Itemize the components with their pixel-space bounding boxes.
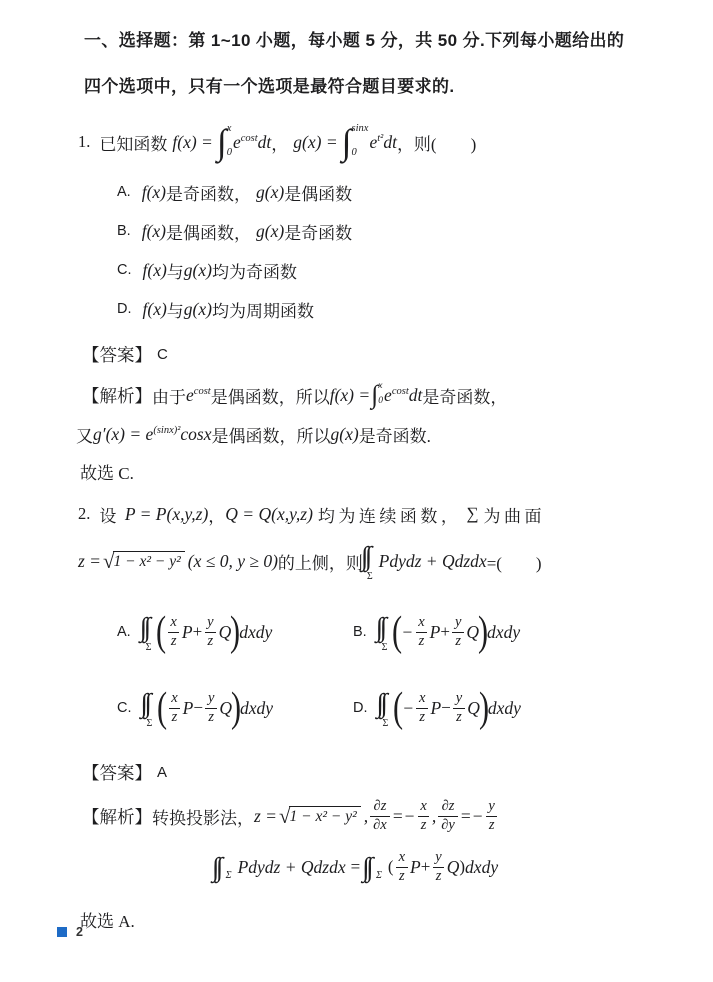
fraction-numerator: x — [416, 691, 428, 708]
question-2-stem-line-2: z = √ 1 − x² − y² (x ≤ 0, y ≥ 0) 的上侧，则 ∫… — [78, 538, 713, 584]
footer-marker-icon — [57, 927, 67, 937]
page-footer: 2 — [57, 925, 83, 939]
option-b-label: B. — [353, 624, 367, 640]
double-integral-icon: ∫∫ — [216, 852, 226, 882]
question-1-answer-value: C — [157, 346, 168, 363]
fraction-y-over-z: yz — [452, 615, 464, 649]
q1-g-integrand: et²dt — [369, 132, 396, 153]
open-paren: ( — [388, 857, 394, 877]
fraction-numerator: y — [205, 691, 217, 708]
q2-stem-text-2: 均为连续函数， — [318, 502, 462, 527]
operator: − — [193, 698, 203, 718]
P-term: P — [430, 622, 441, 643]
differential-dxdy: dxdy — [465, 857, 498, 878]
P-term: P — [183, 698, 194, 719]
exp-base: e — [186, 385, 194, 405]
exam-document-page: 一、选择题：第 1~10 小题，每小题 5 分，共 50 分.下列每小题给出的 … — [0, 0, 713, 982]
double-integral-sigma: ∫∫Σ — [144, 612, 154, 653]
option-d-math-2: g(x) — [184, 299, 212, 320]
fraction-denominator: z — [453, 708, 465, 726]
fraction-y-over-z: yz — [432, 850, 444, 884]
fraction-x-over-z: xz — [415, 615, 427, 649]
fraction-numerator: ∂z — [439, 799, 458, 816]
fraction-numerator: x — [417, 799, 429, 816]
fraction-denominator: z — [433, 867, 445, 885]
question-2-answer-value: A — [157, 764, 167, 781]
sigma-under-integral: Σ — [382, 719, 388, 729]
question-1-analysis-line-1: 【解析】 由于 ecost 是偶函数，所以 f(x) = ∫ x 0 ecost… — [82, 376, 713, 414]
operator: + — [421, 857, 431, 877]
P-term: P — [430, 698, 441, 719]
option-a-text-2: 是偶函数 — [284, 180, 352, 205]
section-header-line-2: 四个选项中，只有一个选项是最符合题目要求的. — [84, 74, 673, 99]
partial-dz-dy: ∂z∂y — [438, 799, 458, 833]
sigma-under-integral: Σ — [382, 643, 388, 653]
fraction-denominator: ∂y — [438, 816, 458, 834]
fraction-numerator: x — [168, 691, 180, 708]
q1-analysis-exp-term: ecost — [186, 385, 211, 406]
sigma-subscript: Σ — [376, 871, 382, 881]
q1-f-differential: dt — [258, 132, 272, 152]
sign: − — [401, 622, 413, 643]
q2-stem-text-3: 为曲面 — [484, 502, 546, 527]
integral-inline: ∫ x 0 — [371, 380, 383, 410]
sigma-symbol: ∑ — [466, 504, 478, 524]
fraction-x-over-z: xz — [167, 615, 179, 649]
q1-analysis2-text-1: 又 — [76, 422, 93, 447]
integral-inline-upper-limit: x — [378, 382, 383, 392]
section-header-line-1: 一、选择题：第 1~10 小题，每小题 5 分，共 50 分.下列每小题给出的 — [84, 28, 673, 53]
fraction-numerator: y — [432, 850, 444, 867]
equals-minus: =− — [460, 806, 484, 827]
question-2-answer-line: 【答案】 A — [82, 760, 713, 784]
option-b-math-2: g(x) — [256, 221, 284, 242]
integral-f-upper-limit: x — [227, 124, 232, 135]
fraction-denominator: z — [169, 708, 181, 726]
question-1-stem: 1. 已知函数 f(x) = ∫ x 0 ecostdt ， g(x) = ∫ … — [78, 119, 713, 165]
q1-analysis-text-2: 是偶函数，所以 — [211, 383, 330, 408]
fraction-x-over-z: xz — [168, 691, 180, 725]
close-paren: ) — [479, 688, 489, 728]
q1-f-exponent: cost — [241, 133, 258, 144]
equals-minus: =− — [392, 806, 416, 827]
question-1-option-a: A. f(x) 是奇函数， g(x) 是偶函数 — [117, 179, 713, 205]
option-a-math-1: f(x) — [142, 182, 166, 203]
fraction-numerator: y — [204, 615, 216, 632]
fraction-y-over-z: yz — [205, 691, 217, 725]
partial-dz-dx: ∂z∂x — [370, 799, 390, 833]
fraction-denominator: z — [486, 816, 498, 834]
integral-g: ∫ sinx 0 — [342, 121, 369, 163]
question-1-end-text: ，则( ) — [397, 130, 476, 155]
q2-Q-definition: Q = Q(x,y,z) — [225, 504, 313, 525]
double-integral-sigma: ∫∫Σ — [381, 688, 391, 729]
option-c-text-1: 与 — [167, 258, 184, 283]
option-d-label: D. — [117, 301, 132, 317]
differential-dxdy: dxdy — [239, 622, 272, 643]
close-paren: ) — [478, 612, 488, 652]
question-2-options-row-1: A. ∫∫Σ ( xz P + yz Q ) dxdy B. ∫∫Σ ( − x… — [0, 600, 713, 664]
integral-f-lower-limit: 0 — [227, 148, 232, 159]
q2-z-lhs: z = — [78, 551, 101, 572]
operator: + — [440, 622, 450, 642]
integral-inline-limits: x 0 — [378, 381, 383, 409]
analysis-label: 【解析】 — [82, 383, 152, 408]
fraction-numerator: x — [415, 615, 427, 632]
question-2-stem-line-1: 2. 设 P = P(x,y,z) ， Q = Q(x,y,z) 均为连续函数，… — [78, 500, 713, 528]
q1-g-lhs: g(x) = — [293, 132, 337, 153]
P-term: P — [410, 857, 421, 878]
question-1-lead-text: 已知函数 — [99, 130, 167, 155]
double-integral-icon: ∫∫ — [381, 688, 391, 718]
q2-stem-separator: ， — [208, 502, 225, 527]
q1-analysis-text-1: 由于 — [152, 383, 186, 408]
sign: − — [402, 698, 414, 719]
integral-icon: ∫ — [217, 121, 227, 163]
question-2-conclusion: 故选 A. — [80, 906, 713, 932]
open-paren: ( — [156, 612, 166, 652]
fraction-numerator: y — [485, 799, 497, 816]
double-integral-icon: ∫∫ — [366, 852, 376, 882]
q2-stem2-end: =( ) — [487, 549, 542, 574]
q1-analysis2-text-3: 是奇函数. — [359, 422, 431, 447]
open-paren: ( — [393, 688, 403, 728]
integral-f-limits: x 0 — [227, 122, 232, 162]
question-1-option-c: C. f(x) 与 g(x) 均为奇函数 — [117, 257, 713, 283]
question-1-answer-line: 【答案】 C — [82, 342, 713, 366]
option-b-math-1: f(x) — [142, 221, 166, 242]
differential-dxdy: dxdy — [487, 622, 520, 643]
option-c-math-1: f(x) — [143, 260, 167, 281]
question-2-option-d: D. ∫∫Σ ( − xz P − yz Q ) dxdy — [353, 688, 521, 729]
gprime-exponent: (sinx)² — [153, 425, 180, 436]
double-integral-sigma: ∫∫ Σ — [365, 541, 375, 582]
q2-P-definition: P = P(x,y,z) — [125, 504, 208, 525]
q1-f-integrand: ecostdt — [233, 132, 271, 153]
fraction-x-over-z: xz — [417, 799, 429, 833]
option-d-text-1: 与 — [167, 297, 184, 322]
double-integral-icon: ∫∫ — [145, 688, 155, 718]
radicand: 1 − x² − y² — [113, 551, 185, 570]
fraction-numerator: y — [453, 691, 465, 708]
radicand: 1 − x² − y² — [289, 806, 361, 825]
integrand-base: e — [384, 385, 392, 405]
option-a-math-2: g(x) — [256, 182, 284, 203]
exp-sup: cost — [194, 386, 211, 397]
question-1-options: A. f(x) 是奇函数， g(x) 是偶函数 B. f(x) 是偶函数， g(… — [0, 179, 713, 322]
fraction-denominator: z — [396, 867, 408, 885]
answer-label: 【答案】 — [82, 342, 152, 367]
fraction-denominator: z — [416, 632, 428, 650]
integral-g-lower-limit: 0 — [352, 148, 369, 159]
operator: + — [193, 622, 203, 642]
double-integral-icon: ∫∫ — [144, 612, 154, 642]
q1-g-differential: dt — [383, 132, 397, 152]
option-a-label: A. — [117, 624, 131, 640]
integral-icon: ∫ — [342, 121, 352, 163]
question-1-option-d: D. f(x) 与 g(x) 均为周期函数 — [117, 296, 713, 322]
q1-analysis-text-3: 是奇函数， — [422, 383, 507, 408]
double-integral-icon: ∫∫ — [365, 541, 375, 571]
page-number: 2 — [76, 925, 83, 939]
fraction-x-over-z: xz — [396, 850, 408, 884]
separator-comma: , — [432, 806, 436, 827]
fraction-denominator: z — [205, 632, 217, 650]
q1-conclusion-text: 故选 C. — [80, 459, 134, 484]
q2-analysis-z-lhs: z = — [254, 806, 277, 827]
q1-analysis2-gprime: g′(x) = e(sinx)²cosx — [93, 424, 212, 445]
fraction-denominator: z — [452, 632, 464, 650]
comma-separator: ， — [271, 130, 288, 155]
fraction-y-over-z: yz — [485, 799, 497, 833]
option-d-label: D. — [353, 700, 368, 716]
question-1-analysis-line-2: 又 g′(x) = e(sinx)²cosx 是偶函数，所以 g(x) 是奇函数… — [76, 418, 713, 450]
q2-stem-text-1: 设 — [99, 502, 120, 527]
q1-analysis2-gx: g(x) — [331, 424, 359, 445]
integral-g-limits: sinx 0 — [352, 122, 369, 162]
sigma-under-integral: Σ — [146, 719, 152, 729]
option-c-label: C. — [117, 700, 132, 716]
double-integral-sigma: ∫∫Σ — [145, 688, 155, 729]
option-c-math-2: g(x) — [184, 260, 212, 281]
question-2-options-row-2: C. ∫∫Σ ( xz P − yz Q ) dxdy D. ∫∫Σ ( − x… — [0, 676, 713, 740]
integral-g-upper-limit: sinx — [352, 124, 369, 135]
equals-sign: = — [351, 857, 361, 877]
fraction-denominator: z — [418, 816, 430, 834]
question-1-conclusion: 故选 C. — [80, 458, 713, 484]
q2-analysis-text-1: 转换投影法， — [152, 804, 254, 829]
option-a-label: A. — [117, 184, 131, 200]
q1-analysis-f-lhs: f(x) = — [330, 385, 370, 406]
question-1-number: 1. — [78, 132, 90, 152]
question-2-option-c: C. ∫∫Σ ( xz P − yz Q ) dxdy — [117, 688, 353, 729]
cosx-term: cosx — [180, 424, 211, 444]
option-c-label: C. — [117, 262, 132, 278]
fraction-numerator: ∂z — [371, 799, 390, 816]
double-integral-sigma-sub: ∫∫Σ — [366, 852, 385, 882]
differential-dxdy: dxdy — [240, 698, 273, 719]
option-c-text-2: 均为奇函数 — [212, 258, 297, 283]
fraction-denominator: ∂x — [370, 816, 390, 834]
q2-integrand-expression: Pdydz + Qdzdx — [379, 551, 487, 572]
sigma-under-integral: Σ — [367, 572, 373, 582]
answer-label: 【答案】 — [82, 760, 152, 785]
fraction-denominator: z — [416, 708, 428, 726]
open-paren: ( — [392, 612, 402, 652]
differential-dxdy: dxdy — [488, 698, 521, 719]
fraction-numerator: y — [452, 615, 464, 632]
integrand-sup: cost — [392, 386, 409, 397]
q1-f-lhs: f(x) = — [172, 132, 212, 153]
P-term: P — [182, 622, 193, 643]
integral-f: ∫ x 0 — [217, 121, 232, 163]
q1-analysis-integrand: ecostdt — [384, 385, 422, 406]
Q-term: Q — [447, 857, 460, 878]
q2-stem2-text-1: 的上侧，则 — [278, 549, 363, 574]
fraction-y-over-z: yz — [453, 691, 465, 725]
sqrt-expression: √ 1 − x² − y² — [279, 806, 361, 826]
integral-inline-lower-limit: 0 — [378, 397, 383, 407]
equation-lhs: Pdydz + Qdzdx — [238, 857, 346, 878]
sqrt-expression: √ 1 − x² − y² — [103, 551, 185, 571]
fraction-numerator: x — [167, 615, 179, 632]
fraction-x-over-z: xz — [416, 691, 428, 725]
q1-f-base: e — [233, 132, 241, 152]
question-2-analysis-equation: ∫∫Σ Pdydz + Qdzdx = ∫∫Σ ( xz P + yz Q ) … — [0, 840, 713, 894]
option-b-label: B. — [117, 223, 131, 239]
q2-domain-condition: (x ≤ 0, y ≥ 0) — [188, 551, 278, 572]
analysis-label: 【解析】 — [82, 804, 152, 829]
close-paren: ) — [230, 612, 240, 652]
option-d-math-1: f(x) — [143, 299, 167, 320]
double-integral-sigma-sub: ∫∫Σ — [216, 852, 235, 882]
fraction-y-over-z: yz — [204, 615, 216, 649]
option-a-text-1: 是奇函数， — [166, 180, 251, 205]
question-2-analysis-line: 【解析】 转换投影法， z = √ 1 − x² − y² , ∂z∂x =− … — [82, 796, 713, 836]
Q-term: Q — [467, 698, 480, 719]
integrand-differential: dt — [409, 385, 423, 405]
close-paren: ) — [231, 688, 241, 728]
fraction-numerator: x — [396, 850, 408, 867]
double-integral-icon: ∫∫ — [380, 612, 390, 642]
fraction-denominator: z — [205, 708, 217, 726]
question-2-number: 2. — [78, 504, 90, 524]
fraction-denominator: z — [168, 632, 180, 650]
open-paren: ( — [157, 688, 167, 728]
sigma-under-integral: Σ — [146, 643, 152, 653]
sigma-subscript: Σ — [226, 871, 232, 881]
q2-conclusion-text: 故选 A. — [80, 907, 135, 932]
separator-comma: , — [364, 806, 368, 827]
option-b-text-2: 是奇函数 — [284, 219, 352, 244]
question-2-option-b: B. ∫∫Σ ( − xz P + yz Q ) dxdy — [353, 612, 520, 653]
double-integral-sigma: ∫∫Σ — [380, 612, 390, 653]
operator: − — [441, 698, 451, 718]
option-b-text-1: 是偶函数， — [166, 219, 251, 244]
question-1-option-b: B. f(x) 是偶函数， g(x) 是奇函数 — [117, 218, 713, 244]
question-2-option-a: A. ∫∫Σ ( xz P + yz Q ) dxdy — [117, 612, 353, 653]
gprime-expression: g′(x) = e — [93, 424, 153, 444]
option-d-text-2: 均为周期函数 — [212, 297, 314, 322]
q1-analysis2-text-2: 是偶函数，所以 — [212, 422, 331, 447]
